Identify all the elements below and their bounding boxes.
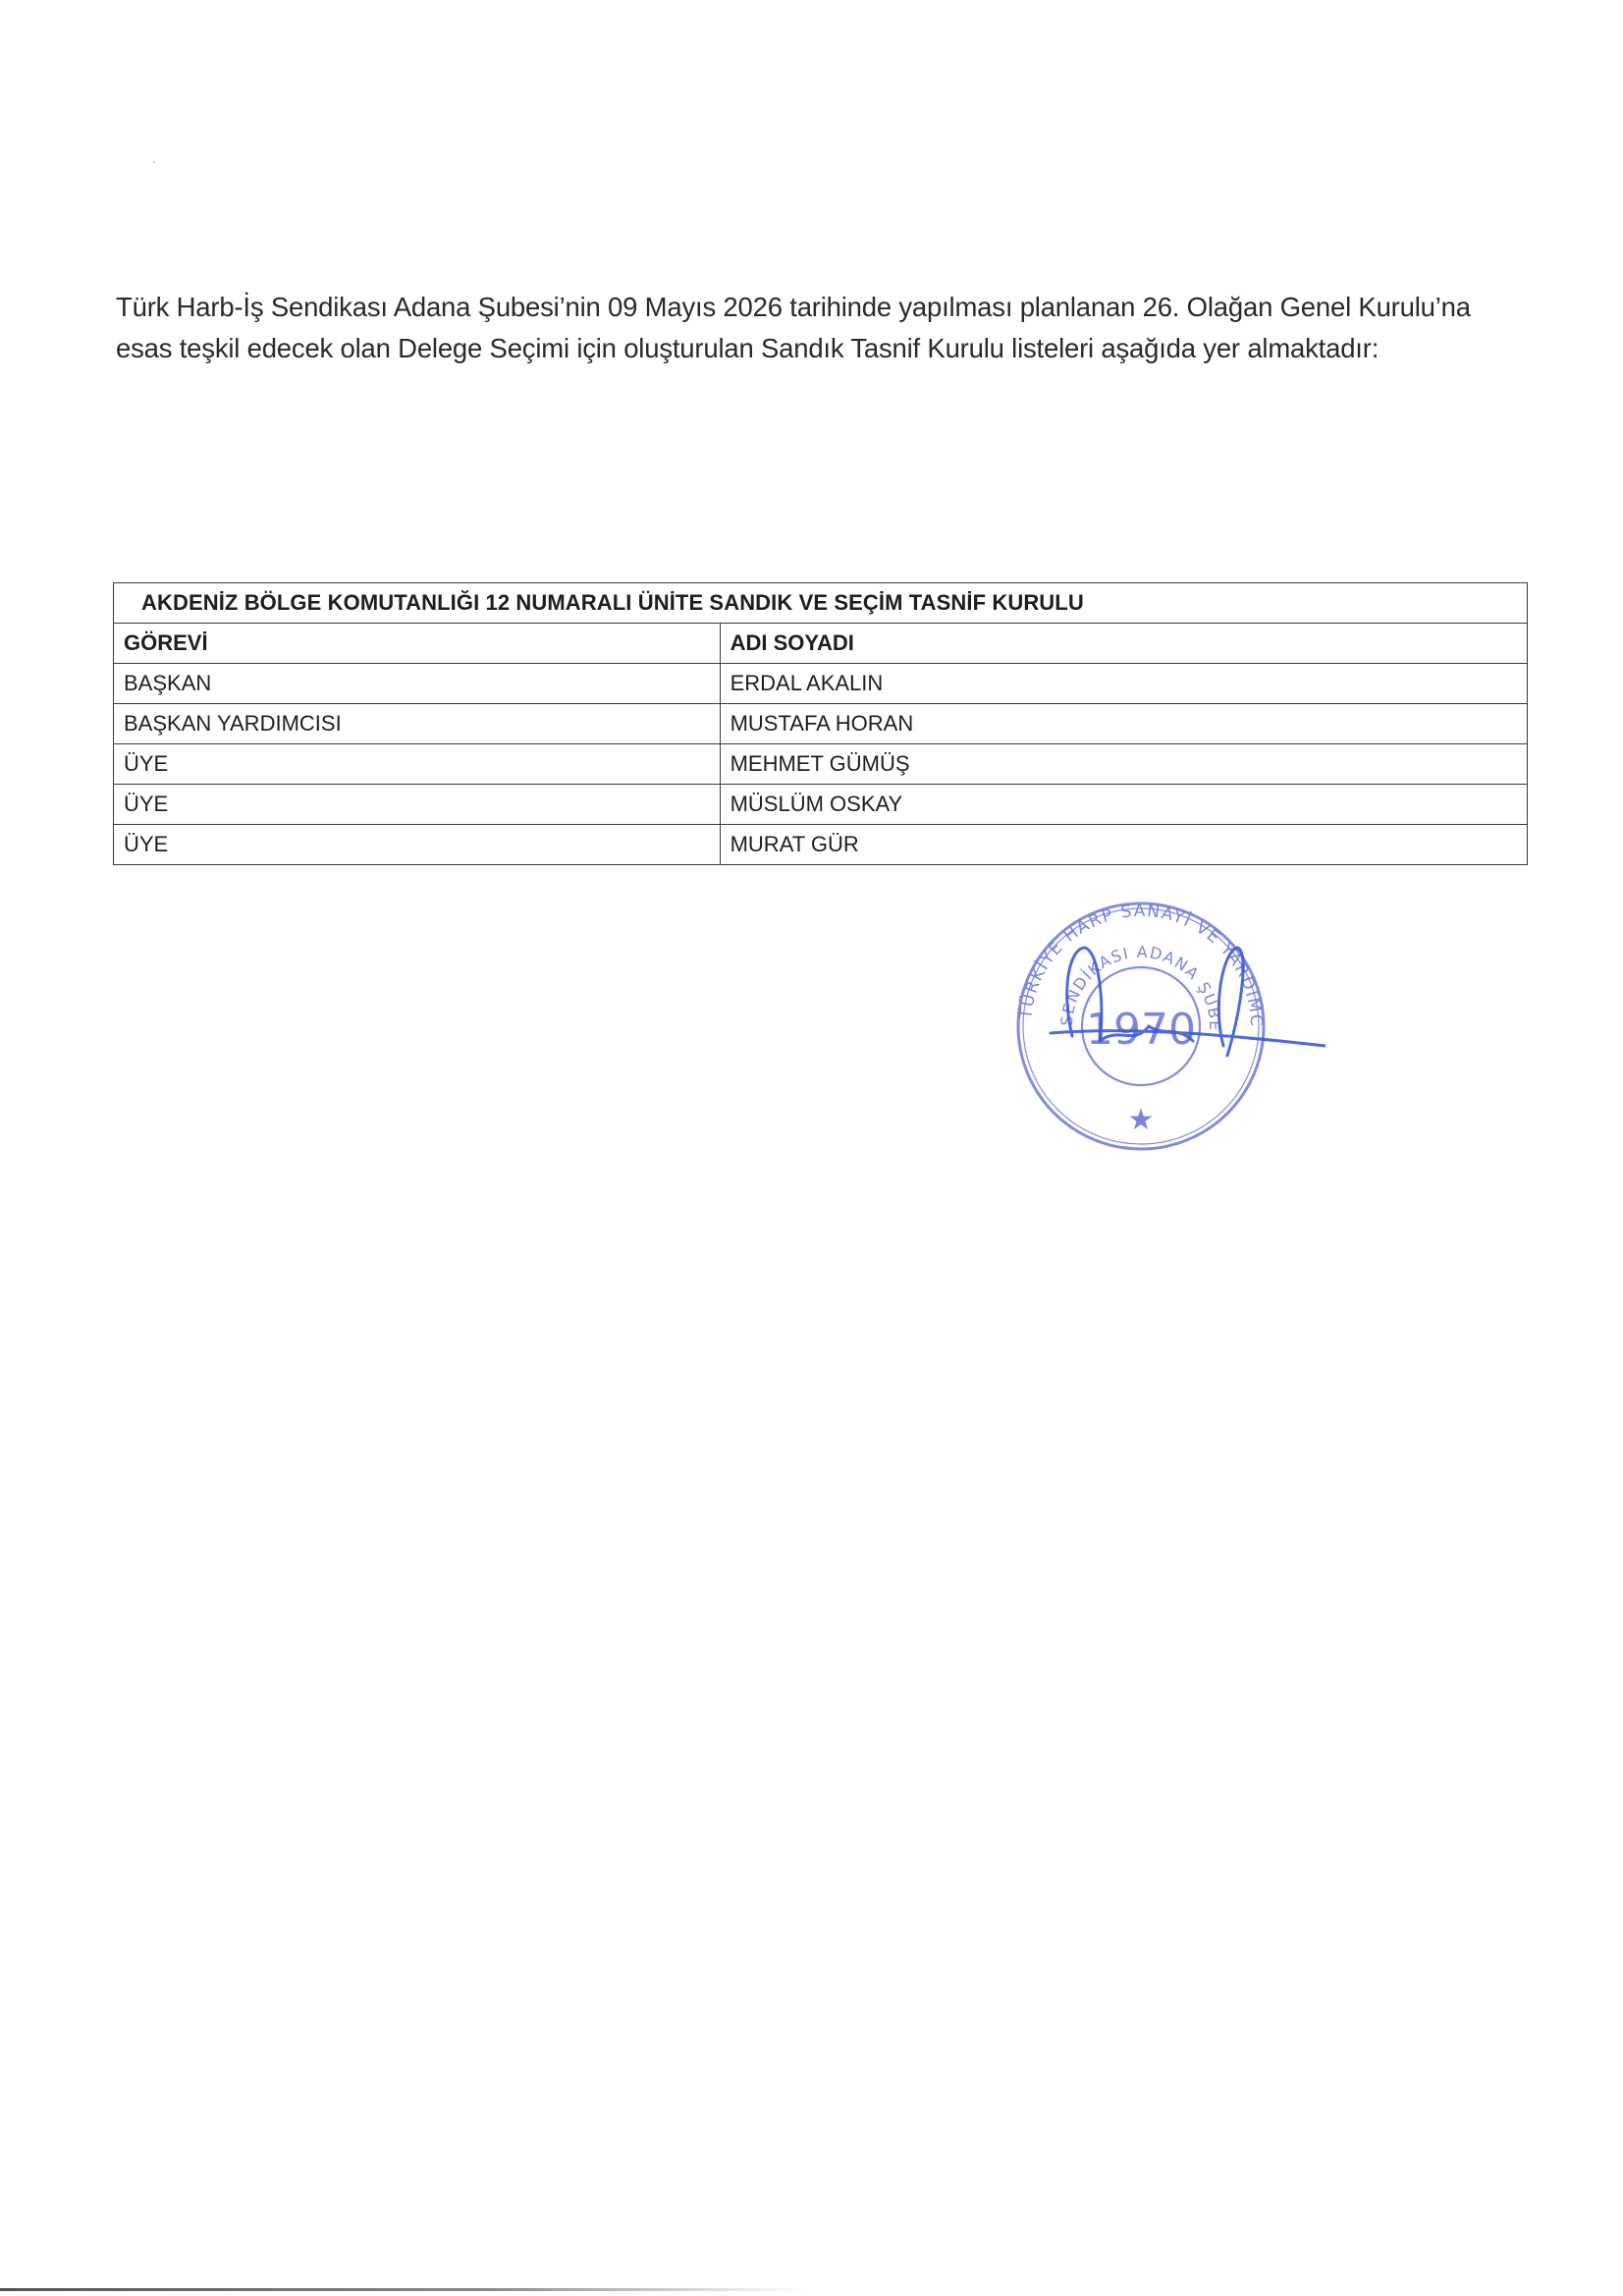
svg-text:★: ★ [1128, 1103, 1155, 1137]
table-title: AKDENİZ BÖLGE KOMUTANLIĞI 12 NUMARALI ÜN… [114, 583, 1528, 624]
table-row: ÜYE MÜSLÜM OSKAY [114, 785, 1528, 825]
intro-line-2: esas teşkil edecek olan Delege Seçimi iç… [116, 328, 1540, 369]
header-role: GÖREVİ [114, 624, 721, 664]
intro-paragraph: Türk Harb-İş Sendikası Adana Şubesi’nin … [116, 287, 1540, 369]
union-stamp-icon: TÜRKİYE HARP SANAYİ VE YARDIMCI İŞ KOLLA… [992, 879, 1325, 1154]
scan-bottom-edge [0, 2288, 805, 2291]
intro-line-1: Türk Harb-İş Sendikası Adana Şubesi’nin … [116, 287, 1540, 328]
role-cell: ÜYE [114, 785, 721, 825]
table-title-row: AKDENİZ BÖLGE KOMUTANLIĞI 12 NUMARALI ÜN… [114, 583, 1528, 624]
table-row: ÜYE MEHMET GÜMÜŞ [114, 744, 1528, 785]
name-cell: MÜSLÜM OSKAY [720, 785, 1527, 825]
role-cell: ÜYE [114, 825, 721, 865]
document-page: Türk Harb-İş Sendikası Adana Şubesi’nin … [0, 0, 1623, 2296]
name-cell: MURAT GÜR [720, 825, 1527, 865]
role-cell: BAŞKAN YARDIMCISI [114, 704, 721, 744]
header-name: ADI SOYADI [720, 624, 1527, 664]
name-cell: ERDAL AKALIN [720, 664, 1527, 704]
role-cell: BAŞKAN [114, 664, 721, 704]
committee-table: AKDENİZ BÖLGE KOMUTANLIĞI 12 NUMARALI ÜN… [113, 582, 1528, 865]
role-cell: ÜYE [114, 744, 721, 785]
scan-speck [153, 161, 155, 163]
name-cell: MUSTAFA HORAN [720, 704, 1527, 744]
table-row: ÜYE MURAT GÜR [114, 825, 1528, 865]
name-cell: MEHMET GÜMÜŞ [720, 744, 1527, 785]
table-row: BAŞKAN YARDIMCISI MUSTAFA HORAN [114, 704, 1528, 744]
table-row: BAŞKAN ERDAL AKALIN [114, 664, 1528, 704]
table-header-row: GÖREVİ ADI SOYADI [114, 624, 1528, 664]
